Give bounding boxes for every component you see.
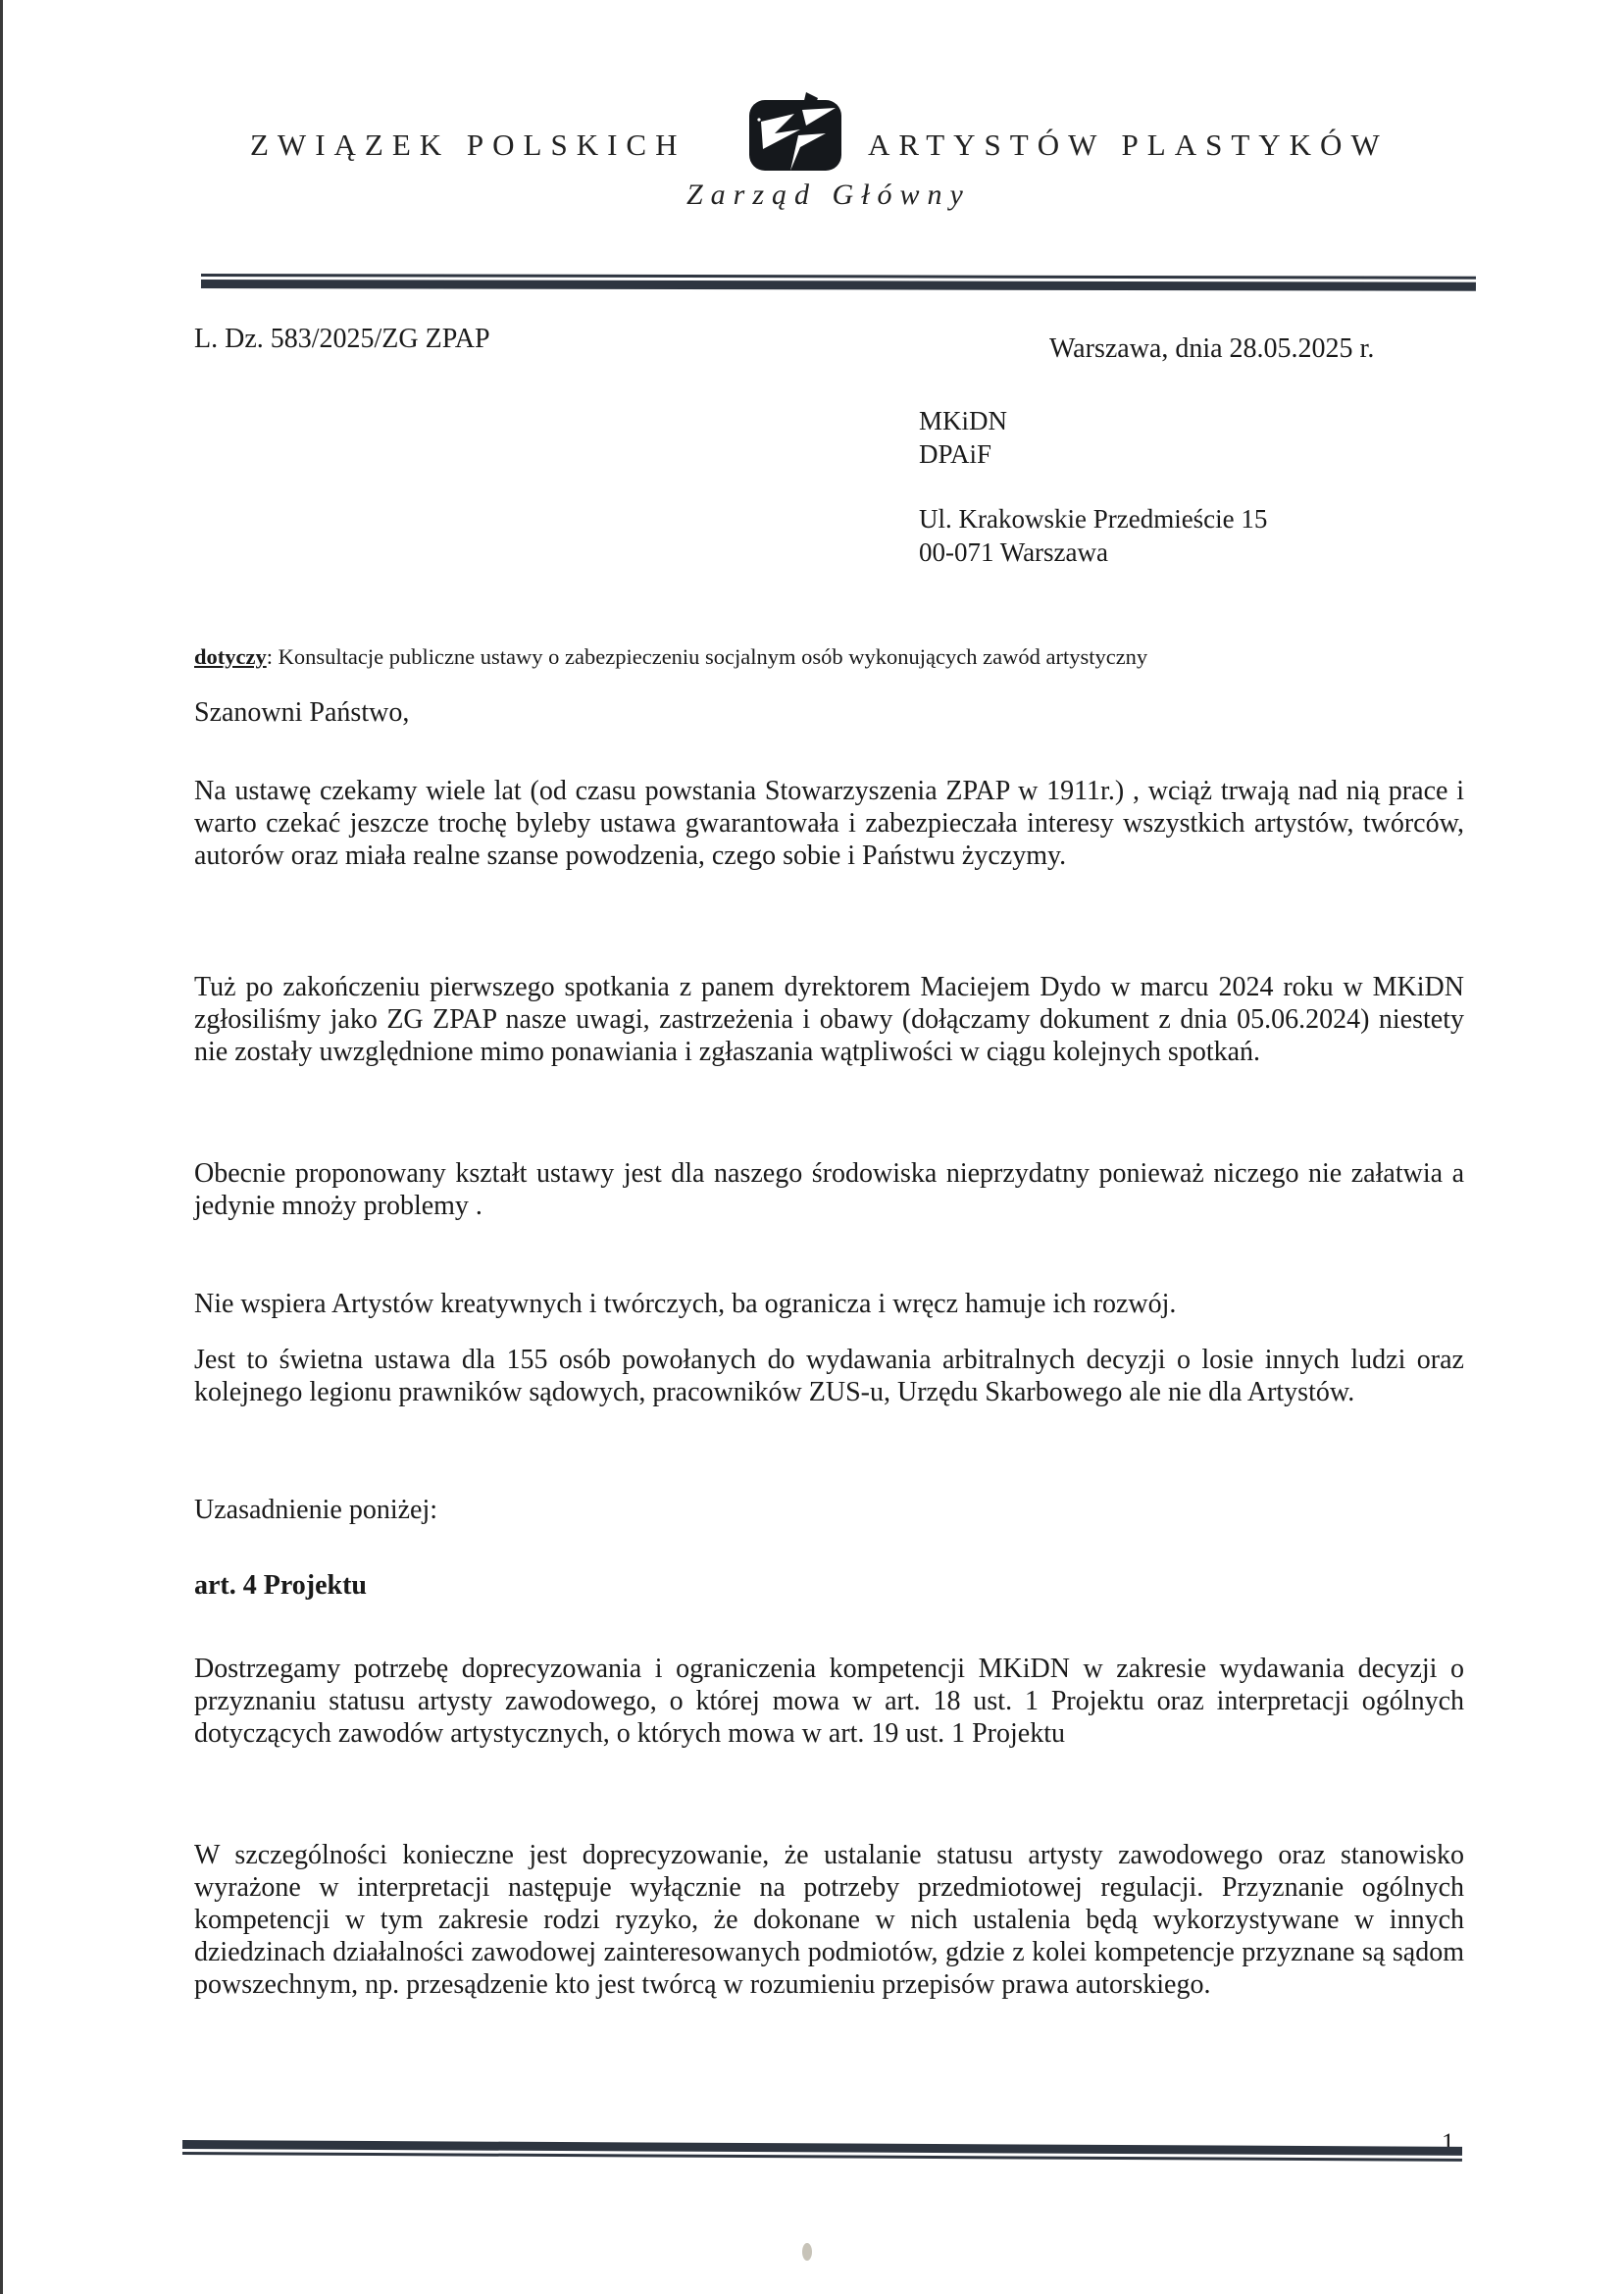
subject-text: : Konsultacje publiczne ustawy o zabezpi… [267, 644, 1147, 669]
letterhead-subtitle: Zarząd Główny [686, 178, 971, 212]
recipient-city: 00-071 Warszawa [919, 535, 1267, 569]
letterhead-org-left: ZWIĄZEK POLSKICH [250, 127, 686, 163]
letterhead-org-right: ARTYSTÓW PLASTYKÓW [868, 127, 1389, 163]
recipient-block: MKiDN DPAiF [919, 404, 1007, 471]
recipient-street: Ul. Krakowskie Przedmieście 15 [919, 502, 1267, 535]
letter-page: ZWIĄZEK POLSKICH ARTYSTÓW PLASTYKÓW Zarz… [0, 0, 1624, 2294]
section-heading: art. 4 Projektu [194, 1570, 367, 1602]
recipient-address: Ul. Krakowskie Przedmieście 15 00-071 Wa… [919, 502, 1267, 569]
header-rule [201, 274, 1476, 291]
zpap-logo-icon [747, 92, 845, 173]
reference-number: L. Dz. 583/2025/ZG ZPAP [194, 324, 490, 355]
section-paragraph: Dostrzegamy potrzebę doprecyzowania i og… [194, 1653, 1464, 1750]
recipient-line-1: MKiDN [919, 404, 1007, 437]
recipient-line-2: DPAiF [919, 437, 1007, 471]
greeting: Szanowni Państwo, [194, 697, 409, 729]
paragraph: Uzasadnienie poniżej: [194, 1494, 1464, 1526]
subject-line: dotyczy: Konsultacje publiczne ustawy o … [194, 644, 1147, 670]
paragraph: Nie wspiera Artystów kreatywnych i twórc… [194, 1288, 1464, 1320]
scan-smudge [802, 2243, 812, 2261]
paragraph: Tuż po zakończeniu pierwszego spotkania … [194, 971, 1464, 1068]
place-date: Warszawa, dnia 28.05.2025 r. [1049, 333, 1374, 365]
section-paragraph: W szczególności konieczne jest doprecyzo… [194, 1839, 1464, 2001]
paragraph: Obecnie proponowany kształt ustawy jest … [194, 1157, 1464, 1222]
paragraph: Jest to świetna ustawa dla 155 osób powo… [194, 1344, 1464, 1408]
paragraph: Na ustawę czekamy wiele lat (od czasu po… [194, 775, 1464, 872]
subject-label: dotyczy [194, 644, 267, 669]
footer-rule [182, 2140, 1462, 2163]
